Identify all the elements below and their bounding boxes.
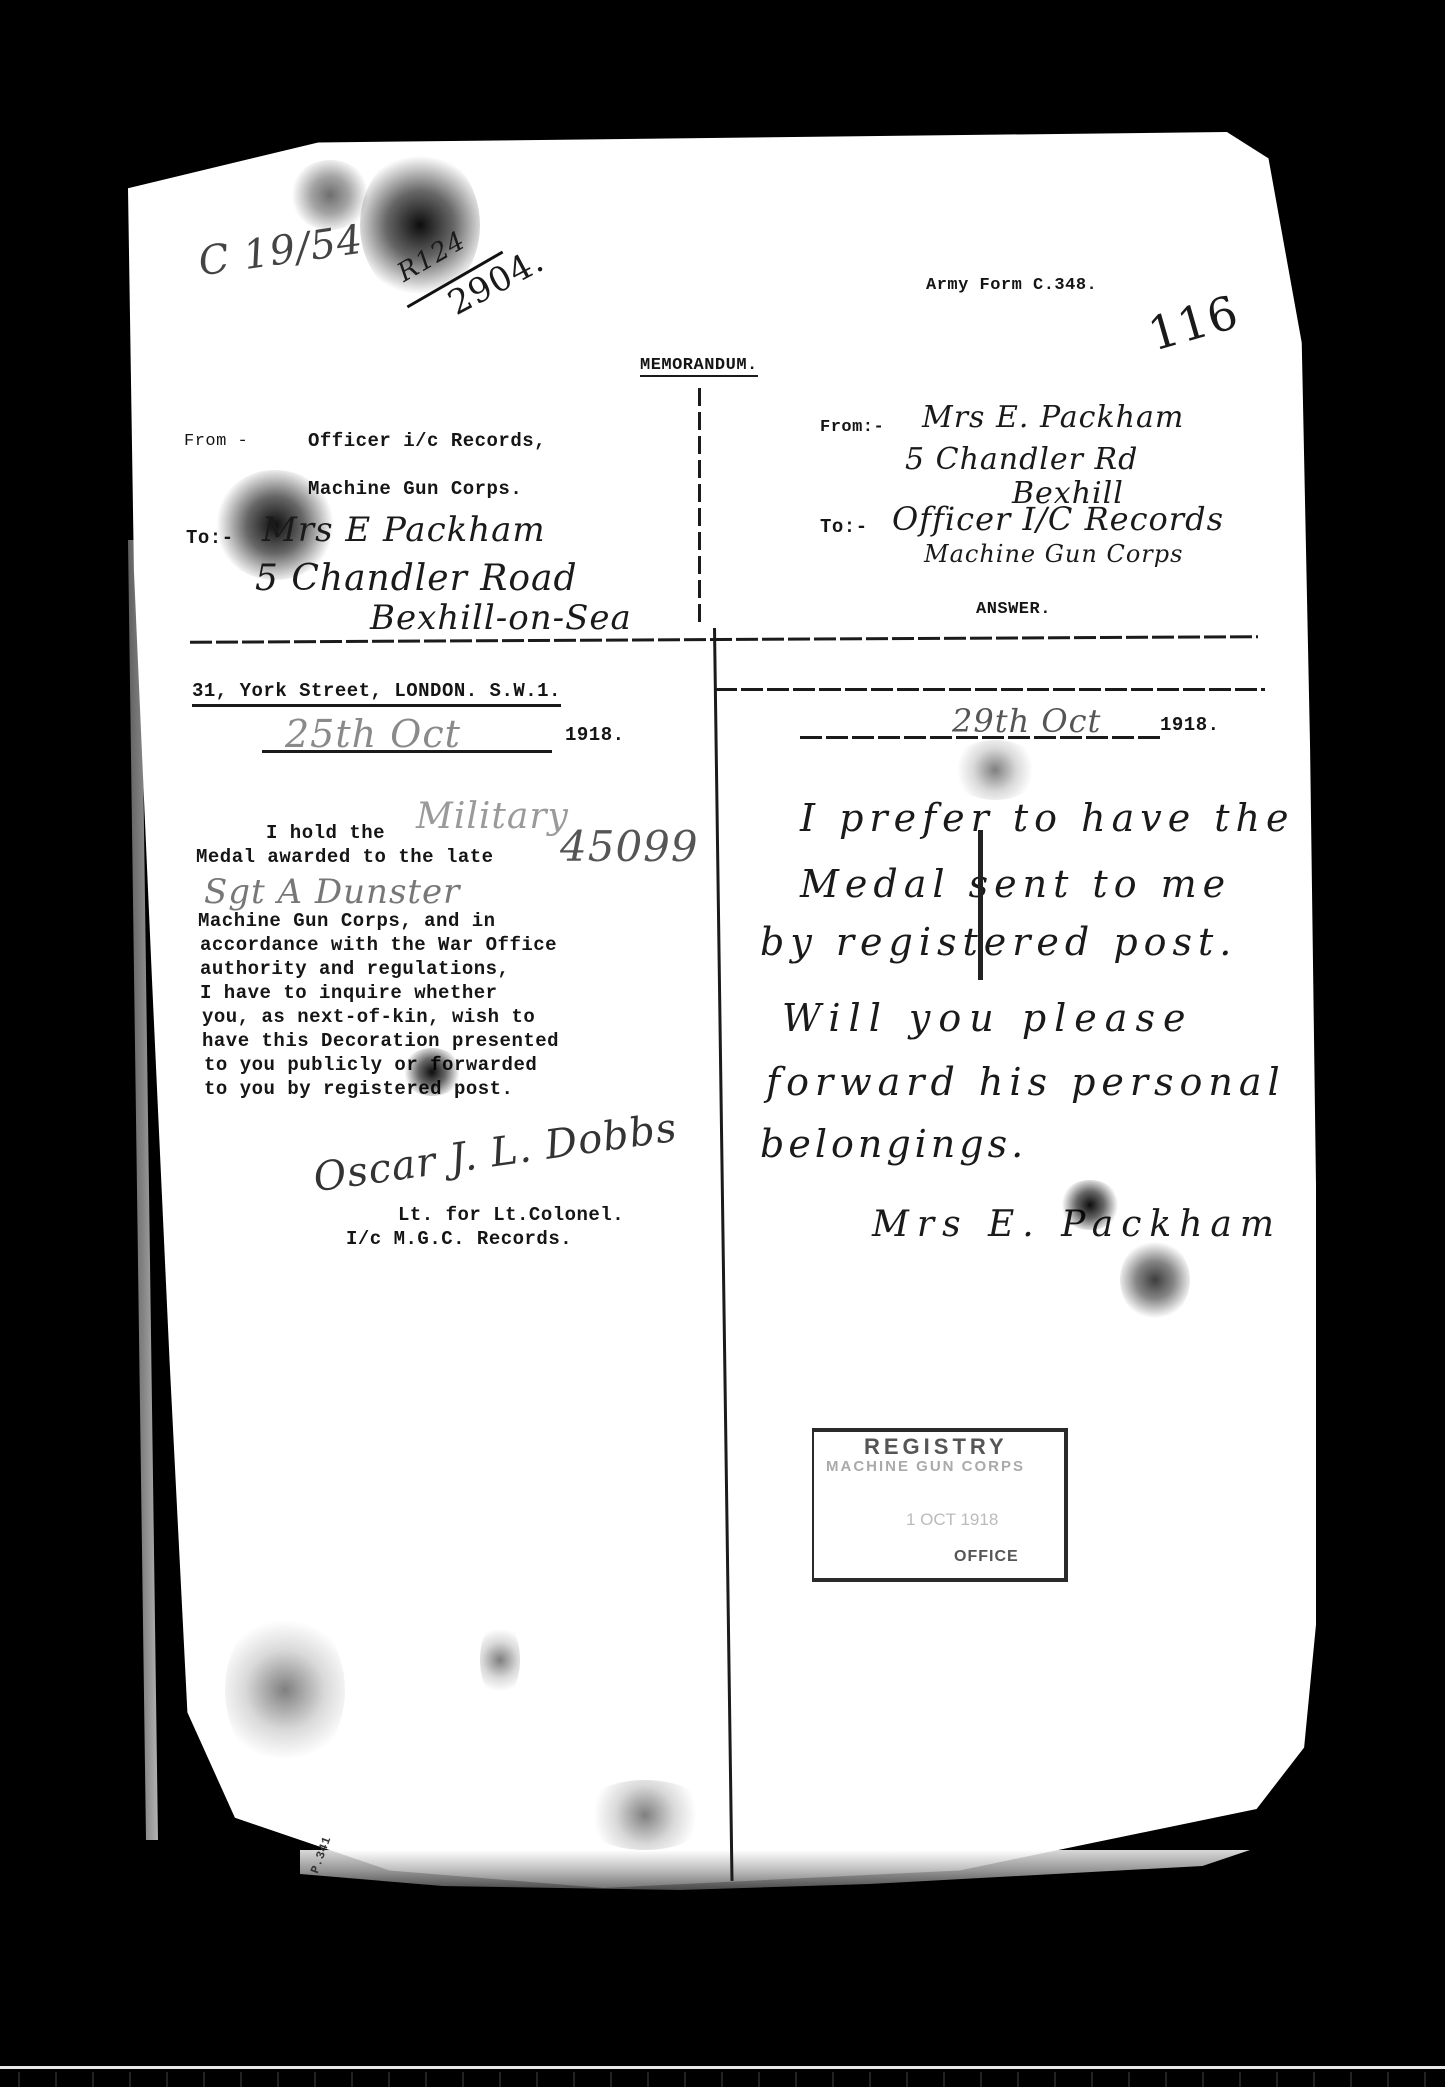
reply-line: Medal sent to me	[800, 862, 1231, 906]
stamp-title: REGISTRY	[864, 1434, 1008, 1460]
stamp-date: 1 OCT 1918	[906, 1510, 998, 1530]
left-to-name: Mrs E Packham	[262, 510, 546, 550]
right-date-handwritten: 29th Oct	[952, 702, 1101, 740]
right-date-year: 1918.	[1160, 714, 1220, 736]
body-line1-typed: I hold the	[266, 822, 385, 844]
stamp-office: OFFICE	[954, 1548, 1019, 1566]
document-viewer-canvas: C 19/54 R124 2904. Army Form C.348. 116 …	[0, 0, 1445, 2087]
left-to-address1: 5 Chandler Road	[255, 558, 578, 599]
reply-line: I prefer to have the	[800, 796, 1295, 840]
reply-line: forward his personal	[766, 1060, 1286, 1104]
left-from-label: From -	[184, 432, 248, 451]
form-number: Army Form C.348.	[926, 276, 1097, 295]
answer-label: ANSWER.	[976, 600, 1051, 619]
right-to-line1: Officer I/C Records	[892, 500, 1224, 538]
body-line2-typed: Medal awarded to the late	[196, 846, 494, 868]
center-divider-top	[698, 388, 701, 628]
left-date-year: 1918.	[565, 724, 625, 746]
body-typed-line: have this Decoration presented	[202, 1030, 559, 1052]
body-line1-handwritten: Military	[416, 796, 569, 837]
signatory-line2: I/c M.G.C. Records.	[346, 1228, 572, 1250]
scan-bottom-strip	[0, 2072, 1445, 2087]
stain-bottom-left	[225, 1610, 345, 1770]
paper-bottom-edge	[300, 1850, 1250, 1890]
body-typed-line: accordance with the War Office	[200, 934, 557, 956]
left-to-label: To:-	[186, 527, 234, 549]
body-typed-line: authority and regulations,	[200, 958, 509, 980]
reply-line: Will you please	[782, 996, 1193, 1040]
right-from-label: From:-	[820, 418, 884, 437]
body-line3-handwritten: Sgt A Dunster	[204, 872, 460, 912]
stain-bottom-middle	[580, 1780, 710, 1850]
body-typed-line: Machine Gun Corps, and in	[198, 910, 496, 932]
right-from-address1: 5 Chandler Rd	[905, 442, 1138, 477]
reply-line: belongings.	[760, 1122, 1027, 1166]
right-to-line2: Machine Gun Corps	[924, 540, 1183, 568]
left-to-address2: Bexhill-on-Sea	[370, 598, 632, 638]
address-rule	[715, 688, 1265, 691]
left-from-line1: Officer i/c Records,	[308, 430, 546, 452]
stamp-subtitle: MACHINE GUN CORPS	[826, 1458, 1025, 1475]
left-from-line2: Machine Gun Corps.	[308, 478, 522, 500]
stain-right-top	[950, 740, 1040, 800]
right-to-label: To:-	[820, 516, 868, 538]
stain-middle	[480, 1620, 520, 1700]
body-typed-line: to you by registered post.	[204, 1078, 513, 1100]
left-date-handwritten: 25th Oct	[285, 712, 461, 756]
body-typed-line: to you publicly or forwarded	[204, 1054, 537, 1076]
office-address: 31, York Street, LONDON. S.W.1.	[192, 680, 561, 707]
body-typed-line: I have to inquire whether	[200, 982, 498, 1004]
body-typed-line: you, as next-of-kin, wish to	[202, 1006, 535, 1028]
body-line2-handwritten: 45099	[560, 822, 699, 871]
memorandum-title: MEMORANDUM.	[640, 356, 758, 377]
right-from-name: Mrs E. Packham	[922, 400, 1184, 435]
registry-stamp: REGISTRY MACHINE GUN CORPS 1 OCT 1918 OF…	[812, 1428, 1068, 1582]
scan-bottom-rule	[0, 2066, 1445, 2069]
reply-line: by registered post.	[760, 920, 1237, 964]
signatory-line1: Lt. for Lt.Colonel.	[398, 1204, 624, 1226]
reply-signature: Mrs E. Packham	[872, 1204, 1282, 1245]
